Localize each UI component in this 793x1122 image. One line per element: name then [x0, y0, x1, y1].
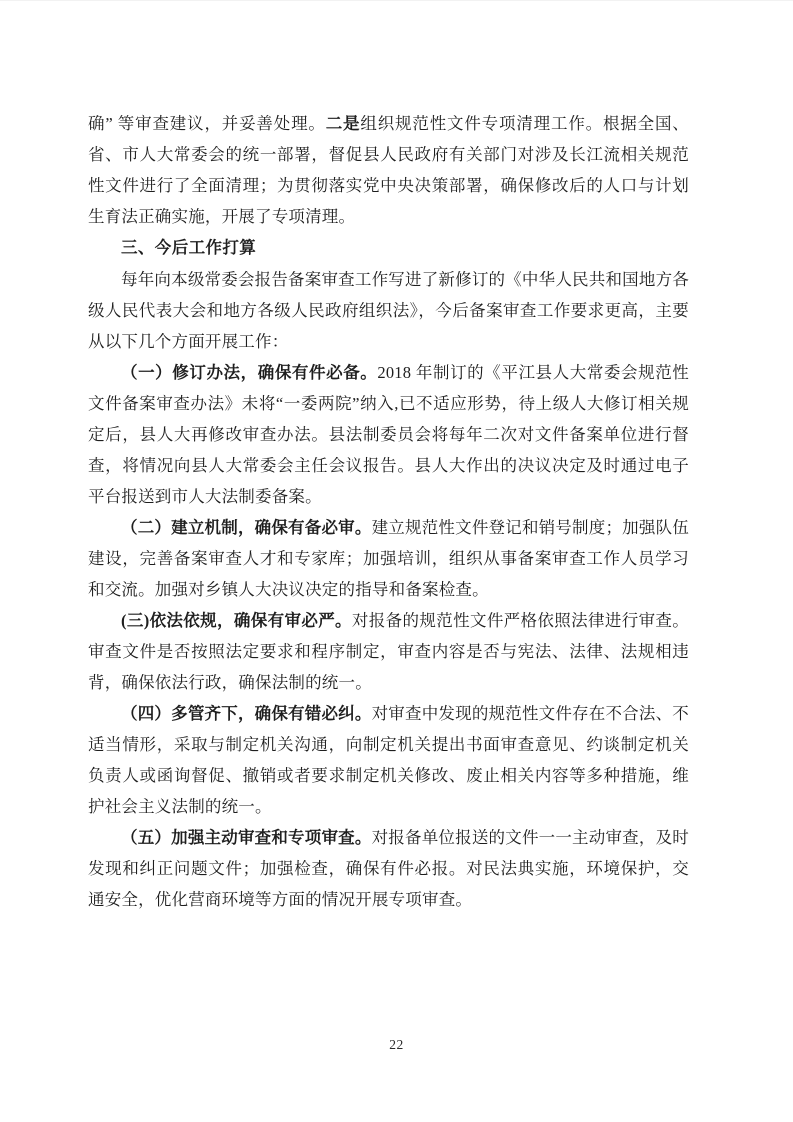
para-item-2-establish-mechanism: （二）建立机制，确保有备必审。建立规范性文件登记和销号制度；加强队伍建设，完善备…: [88, 512, 689, 605]
para-intro-future-work: 每年向本级常委会报告备案审查工作写进了新修订的《中华人民共和国地方各级人民代表大…: [88, 264, 689, 357]
page-number: 22: [0, 1035, 793, 1055]
paragraph-text: 2018 年制订的《平江县人大常委会规范性文件备案审查办法》未将“一委两院”纳入…: [88, 363, 689, 506]
paragraph-text: 确” 等审查建议，并妥善处理。: [88, 114, 326, 133]
paragraph-bold-text: 二是: [326, 114, 361, 133]
para-item-5-strengthen-review: （五）加强主动审查和专项审查。对报备单位报送的文件一一主动审查，及时发现和纠正问…: [88, 822, 689, 915]
para-item-4-multi-pronged: （四）多管齐下，确保有错必纠。对审查中发现的规范性文件存在不合法、不适当情形，采…: [88, 698, 689, 822]
heading-section-three-future-work: 三、今后工作打算: [88, 232, 689, 264]
paragraph-lead-text: （五）加强主动审查和专项审查。: [121, 828, 372, 847]
paragraph-lead-text: （二）建立机制，确保有备必审。: [121, 518, 372, 537]
document-page: 确” 等审查建议，并妥善处理。二是组织规范性文件专项清理工作。根据全国、省、市人…: [0, 0, 793, 1122]
paragraph-bold-text: 三、今后工作打算: [121, 239, 256, 257]
paragraph-lead-text: （一）修订办法，确保有件必备。: [121, 363, 377, 382]
paragraph-text: 每年向本级常委会报告备案审查工作写进了新修订的《中华人民共和国地方各级人民代表大…: [88, 270, 689, 351]
para-item-1-revise-measures: （一）修订办法，确保有件必备。2018 年制订的《平江县人大常委会规范性文件备案…: [88, 357, 689, 512]
paragraph-lead-text: （四）多管齐下，确保有错必纠。: [121, 704, 372, 723]
document-body: 确” 等审查建议，并妥善处理。二是组织规范性文件专项清理工作。根据全国、省、市人…: [88, 108, 689, 915]
paragraph-lead-text: (三)依法依规，确保有审必严。: [121, 611, 352, 630]
para-item-3-according-to-law: (三)依法依规，确保有审必严。对报备的规范性文件严格依照法律进行审查。审查文件是…: [88, 605, 689, 698]
para-continuation-special-cleanup: 确” 等审查建议，并妥善处理。二是组织规范性文件专项清理工作。根据全国、省、市人…: [88, 108, 689, 232]
